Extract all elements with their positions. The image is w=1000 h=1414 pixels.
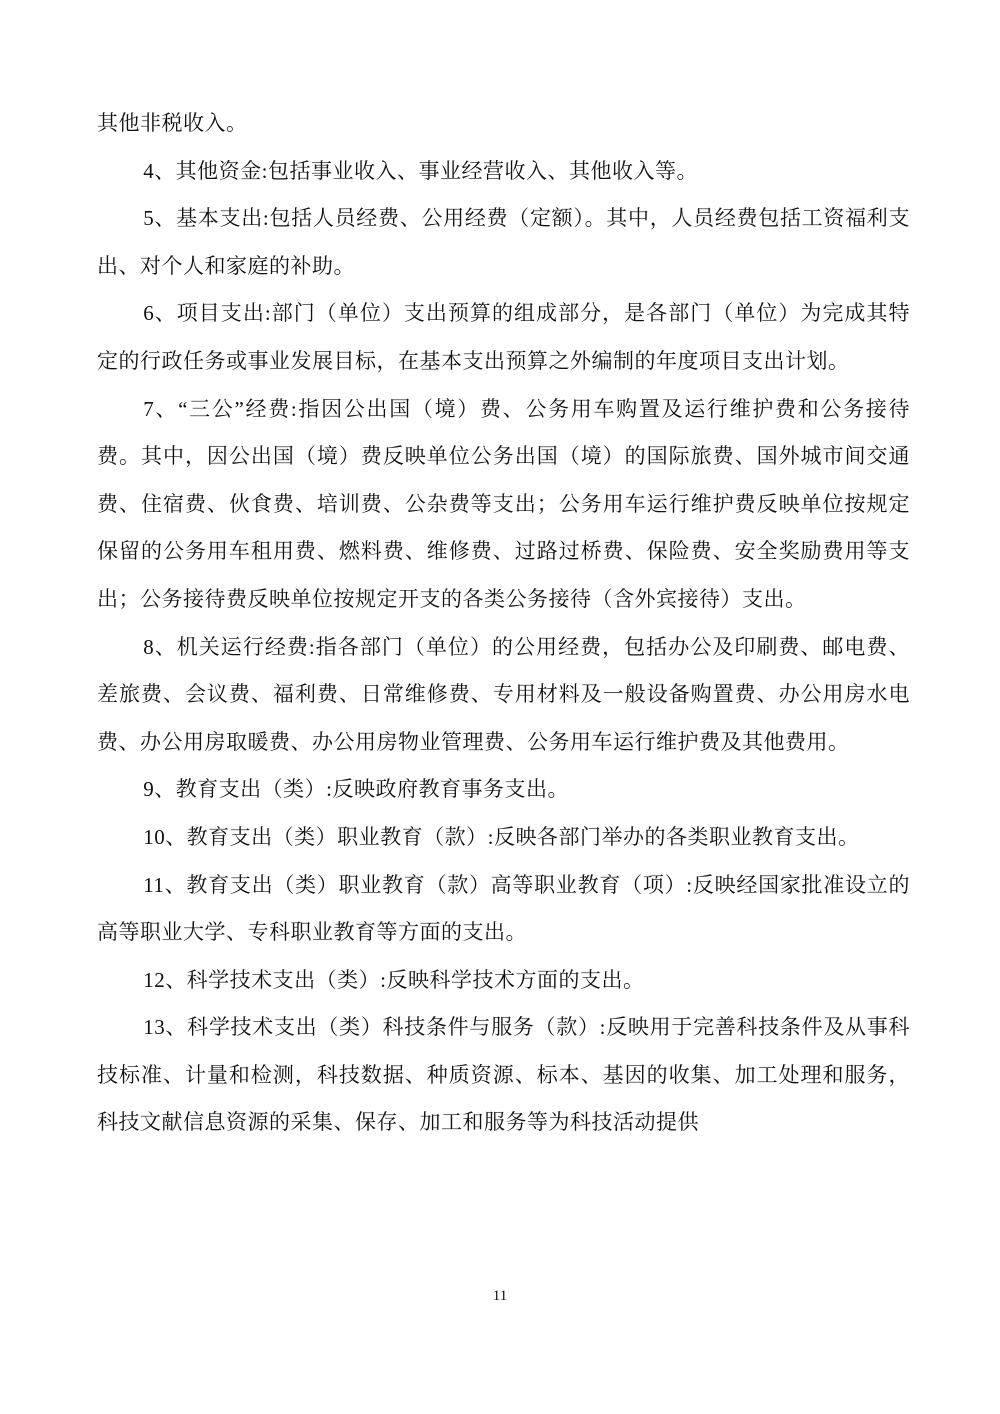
page-number: 11	[0, 1288, 1000, 1305]
document-body: 其他非税收入。4、其他资金:包括事业收入、事业经营收入、其他收入等。5、基本支出…	[97, 100, 910, 1147]
paragraph: 7、“三公”经费:指因公出国（境）费、公务用车购置及运行维护费和公务接待费。其中…	[97, 386, 910, 624]
paragraph: 11、教育支出（类）职业教育（款）高等职业教育（项）:反映经国家批准设立的高等职…	[97, 862, 910, 957]
paragraph: 10、教育支出（类）职业教育（款）:反映各部门举办的各类职业教育支出。	[97, 814, 910, 862]
paragraph: 6、项目支出:部门（单位）支出预算的组成部分，是各部门（单位）为完成其特定的行政…	[97, 290, 910, 385]
paragraph: 4、其他资金:包括事业收入、事业经营收入、其他收入等。	[97, 148, 910, 196]
paragraph: 其他非税收入。	[97, 100, 910, 148]
document-page: 其他非税收入。4、其他资金:包括事业收入、事业经营收入、其他收入等。5、基本支出…	[0, 0, 1000, 1414]
paragraph: 5、基本支出:包括人员经费、公用经费（定额）。其中，人员经费包括工资福利支出、对…	[97, 195, 910, 290]
paragraph: 9、教育支出（类）:反映政府教育事务支出。	[97, 766, 910, 814]
paragraph: 13、科学技术支出（类）科技条件与服务（款）:反映用于完善科技条件及从事科技标准…	[97, 1004, 910, 1147]
paragraph: 12、科学技术支出（类）:反映科学技术方面的支出。	[97, 957, 910, 1005]
paragraph: 8、机关运行经费:指各部门（单位）的公用经费，包括办公及印刷费、邮电费、差旅费、…	[97, 624, 910, 767]
